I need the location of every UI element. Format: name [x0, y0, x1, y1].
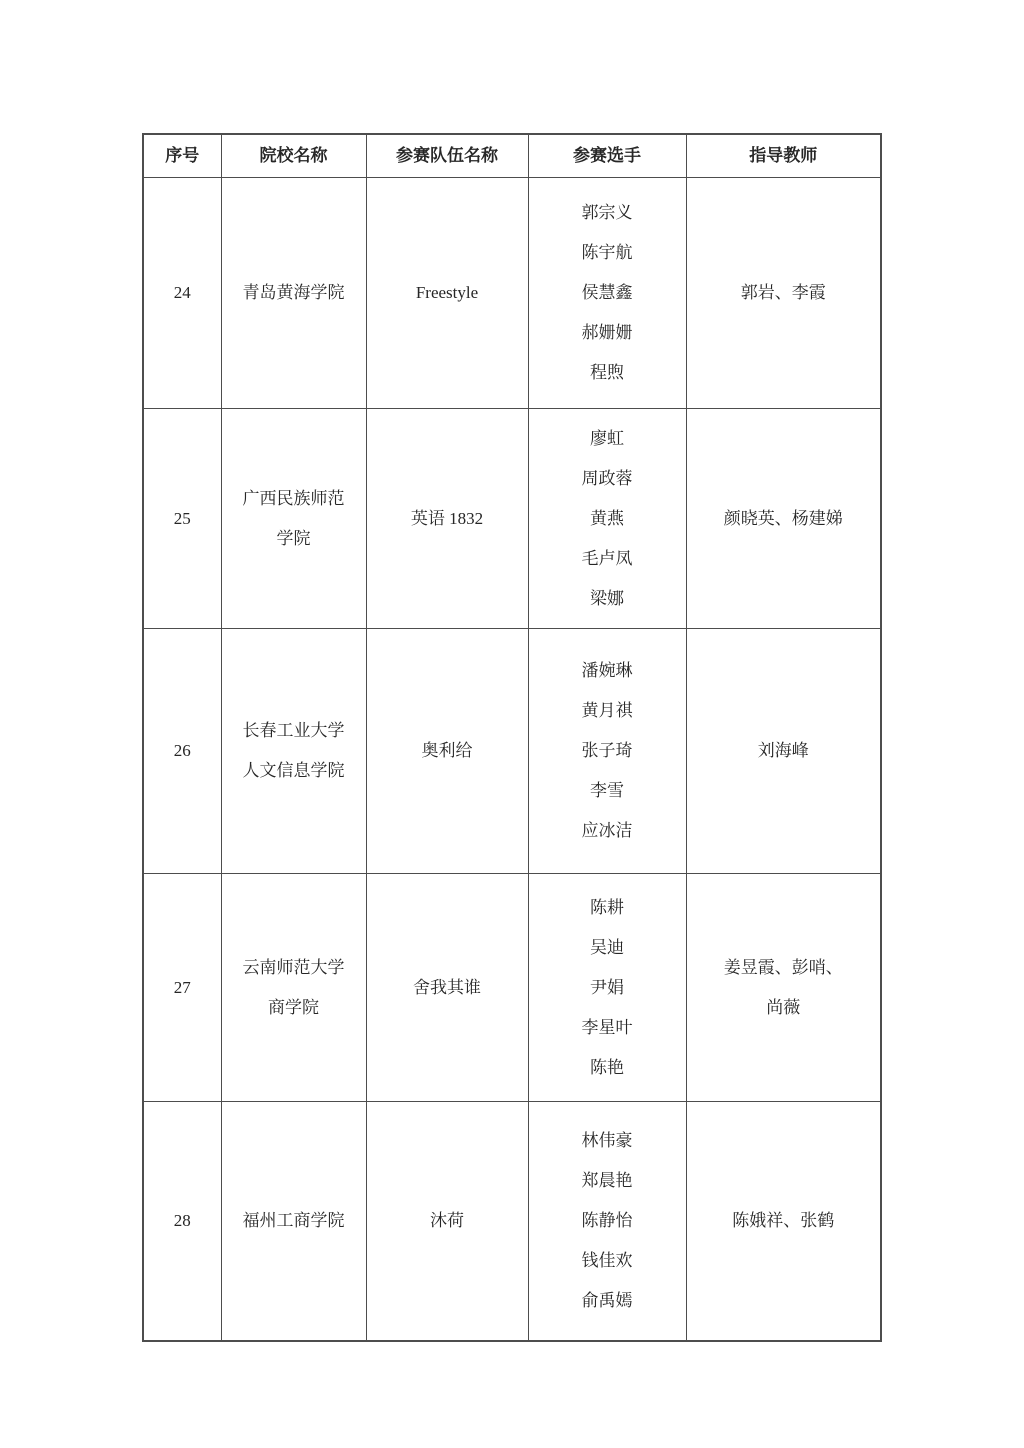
column-header-advisors: 指导教师: [686, 134, 881, 178]
cell-contestants: 潘婉琳 黄月祺 张子琦 李雪 应冰洁: [528, 629, 686, 874]
cell-team: 沐荷: [366, 1102, 528, 1341]
cell-no: 28: [143, 1102, 221, 1341]
cell-no: 26: [143, 629, 221, 874]
cell-advisors: 姜昱霞、彭哨、 尚薇: [686, 874, 881, 1102]
cell-contestants: 林伟豪 郑晨艳 陈静怡 钱佳欢 俞禹嫣: [528, 1102, 686, 1341]
cell-contestants: 陈耕 吴迪 尹娟 李星叶 陈艳: [528, 874, 686, 1102]
document-page: 序号 院校名称 参赛队伍名称 参赛选手 指导教师 24 青岛黄海学院 Frees…: [0, 0, 1024, 1448]
cell-team: Freestyle: [366, 178, 528, 409]
cell-team: 奥利给: [366, 629, 528, 874]
cell-team: 舍我其谁: [366, 874, 528, 1102]
table-row: 26 长春工业大学 人文信息学院 奥利给 潘婉琳 黄月祺 张子琦 李雪 应冰洁 …: [143, 629, 881, 874]
cell-institution: 青岛黄海学院: [221, 178, 366, 409]
cell-contestants: 廖虹 周政蓉 黄燕 毛卢凤 梁娜: [528, 409, 686, 629]
column-header-contestants: 参赛选手: [528, 134, 686, 178]
cell-team: 英语 1832: [366, 409, 528, 629]
table-row: 27 云南师范大学 商学院 舍我其谁 陈耕 吴迪 尹娟 李星叶 陈艳 姜昱霞、彭…: [143, 874, 881, 1102]
cell-institution: 福州工商学院: [221, 1102, 366, 1341]
cell-institution: 云南师范大学 商学院: [221, 874, 366, 1102]
cell-advisors: 颜晓英、杨建娣: [686, 409, 881, 629]
cell-no: 24: [143, 178, 221, 409]
cell-advisors: 郭岩、李霞: [686, 178, 881, 409]
table-header-row: 序号 院校名称 参赛队伍名称 参赛选手 指导教师: [143, 134, 881, 178]
column-header-institution: 院校名称: [221, 134, 366, 178]
cell-advisors: 陈娥祥、张鹤: [686, 1102, 881, 1341]
cell-no: 27: [143, 874, 221, 1102]
table-row: 24 青岛黄海学院 Freestyle 郭宗义 陈宇航 侯慧鑫 郝姗姗 程煦 郭…: [143, 178, 881, 409]
cell-institution: 广西民族师范 学院: [221, 409, 366, 629]
cell-contestants: 郭宗义 陈宇航 侯慧鑫 郝姗姗 程煦: [528, 178, 686, 409]
column-header-no: 序号: [143, 134, 221, 178]
table-row: 28 福州工商学院 沐荷 林伟豪 郑晨艳 陈静怡 钱佳欢 俞禹嫣 陈娥祥、张鹤: [143, 1102, 881, 1341]
table-row: 25 广西民族师范 学院 英语 1832 廖虹 周政蓉 黄燕 毛卢凤 梁娜 颜晓…: [143, 409, 881, 629]
column-header-team: 参赛队伍名称: [366, 134, 528, 178]
competition-roster-table: 序号 院校名称 参赛队伍名称 参赛选手 指导教师 24 青岛黄海学院 Frees…: [142, 133, 882, 1342]
cell-advisors: 刘海峰: [686, 629, 881, 874]
cell-no: 25: [143, 409, 221, 629]
cell-institution: 长春工业大学 人文信息学院: [221, 629, 366, 874]
